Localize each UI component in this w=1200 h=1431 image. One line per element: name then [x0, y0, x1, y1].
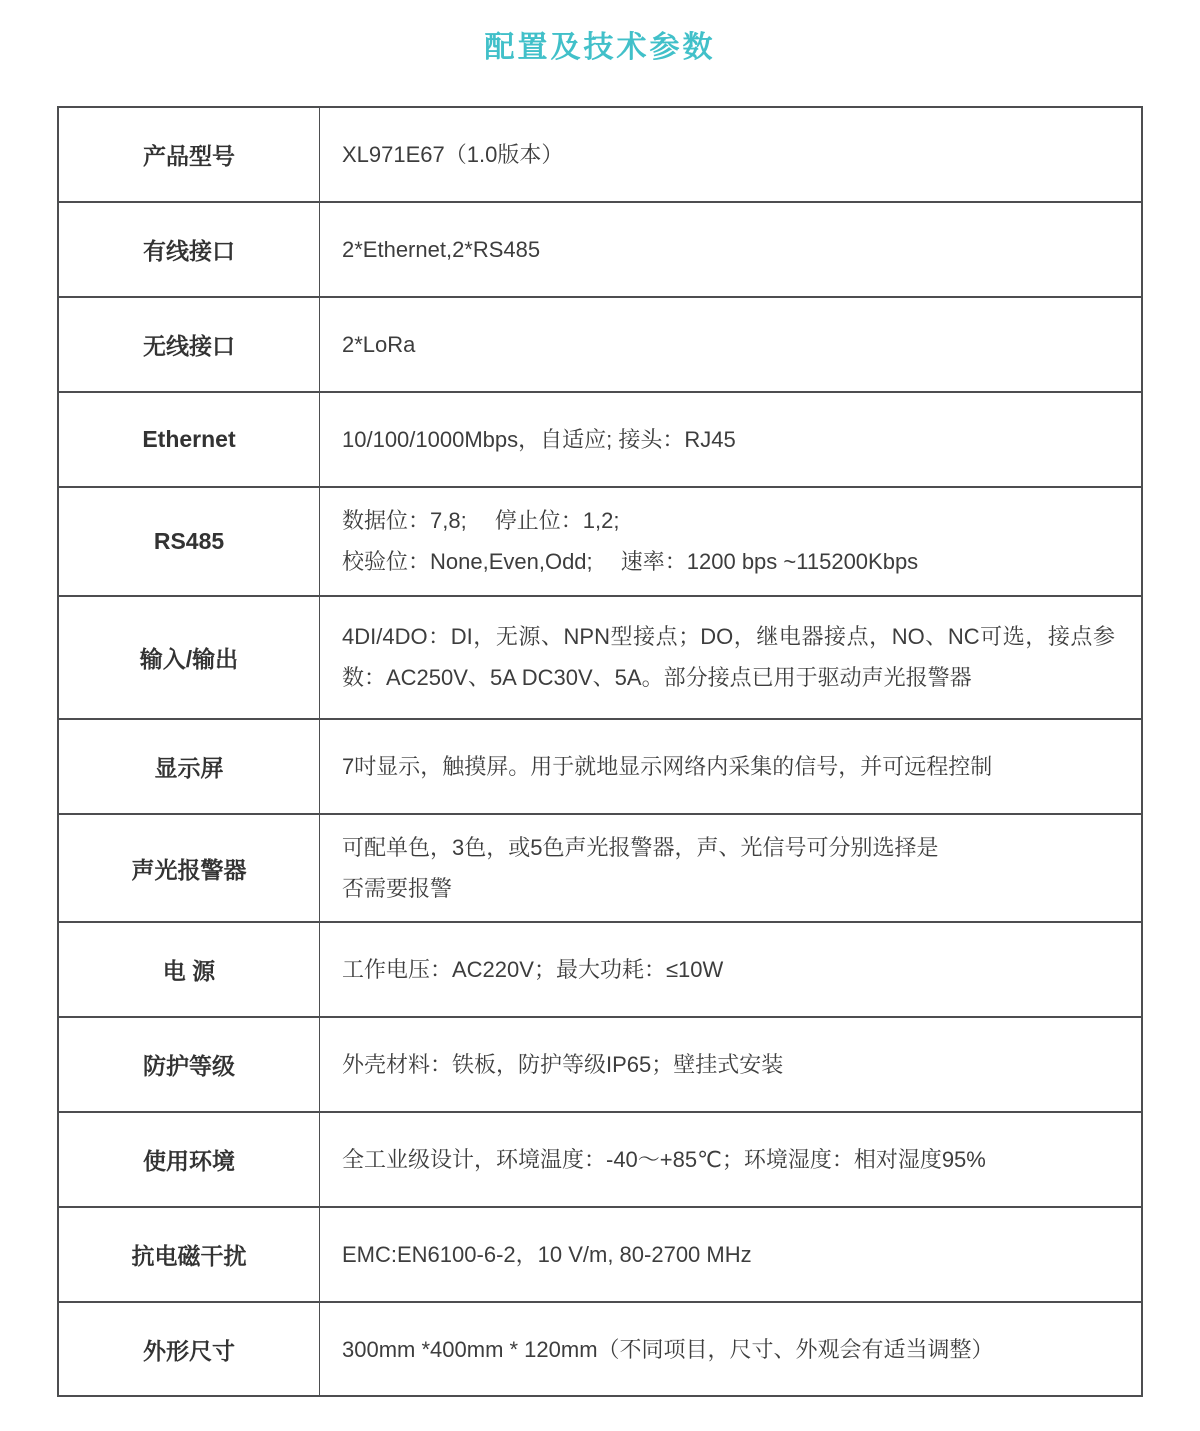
spec-label: 无线接口	[59, 298, 320, 391]
table-row-ethernet: Ethernet 10/100/1000Mbps，自适应; 接头：RJ45	[59, 393, 1141, 488]
spec-label: 防护等级	[59, 1018, 320, 1111]
table-row-sound-light-alarm: 声光报警器 可配单色，3色，或5色声光报警器，声、光信号可分别选择是 否需要报警	[59, 815, 1141, 924]
table-row-display: 显示屏 7吋显示，触摸屏。用于就地显示网络内采集的信号，并可远程控制	[59, 720, 1141, 815]
spec-value: XL971E67（1.0版本）	[320, 108, 1141, 201]
spec-value: 300mm *400mm * 120mm（不同项目，尺寸、外观会有适当调整）	[320, 1303, 1141, 1395]
spec-value-text: 可配单色，3色，或5色声光报警器，声、光信号可分别选择是 否需要报警	[342, 827, 1115, 910]
spec-value-text: 2*Ethernet,2*RS485	[342, 229, 1115, 270]
page-title: 配置及技术参数	[0, 0, 1200, 59]
table-row-operating-environment: 使用环境 全工业级设计，环境温度：-40～+85℃；环境湿度：相对湿度95%	[59, 1113, 1141, 1208]
spec-value-text: EMC:EN6100-6-2，10 V/m, 80-2700 MHz	[342, 1234, 1115, 1275]
table-row-dimensions: 外形尺寸 300mm *400mm * 120mm（不同项目，尺寸、外观会有适当…	[59, 1303, 1141, 1395]
spec-label: 输入/输出	[59, 597, 320, 718]
spec-label: RS485	[59, 488, 320, 595]
spec-value-text: 2*LoRa	[342, 324, 1115, 365]
spec-value-text: 300mm *400mm * 120mm（不同项目，尺寸、外观会有适当调整）	[342, 1329, 1115, 1370]
spec-value: 工作电压：AC220V；最大功耗：≤10W	[320, 923, 1141, 1016]
table-row-rs485: RS485 数据位：7,8; 停止位：1,2; 校验位：None,Even,Od…	[59, 488, 1141, 597]
spec-value: 7吋显示，触摸屏。用于就地显示网络内采集的信号，并可远程控制	[320, 720, 1141, 813]
spec-label: 有线接口	[59, 203, 320, 296]
spec-value: 4DI/4DO：DI，无源、NPN型接点；DO，继电器接点，NO、NC可选，接点…	[320, 597, 1141, 718]
table-row-power: 电 源 工作电压：AC220V；最大功耗：≤10W	[59, 923, 1141, 1018]
spec-label: 显示屏	[59, 720, 320, 813]
table-row-wired-interface: 有线接口 2*Ethernet,2*RS485	[59, 203, 1141, 298]
spec-label: Ethernet	[59, 393, 320, 486]
table-row-product-model: 产品型号 XL971E67（1.0版本）	[59, 108, 1141, 203]
spec-table: 产品型号 XL971E67（1.0版本） 有线接口 2*Ethernet,2*R…	[57, 106, 1143, 1397]
spec-value: 2*Ethernet,2*RS485	[320, 203, 1141, 296]
spec-value-text: 数据位：7,8; 停止位：1,2; 校验位：None,Even,Odd; 速率：…	[342, 500, 1115, 583]
spec-label: 外形尺寸	[59, 1303, 320, 1395]
spec-value-text: 4DI/4DO：DI，无源、NPN型接点；DO，继电器接点，NO、NC可选，接点…	[342, 616, 1115, 699]
spec-value: EMC:EN6100-6-2，10 V/m, 80-2700 MHz	[320, 1208, 1141, 1301]
spec-value-text: 工作电压：AC220V；最大功耗：≤10W	[342, 949, 1115, 990]
table-row-wireless-interface: 无线接口 2*LoRa	[59, 298, 1141, 393]
spec-value: 10/100/1000Mbps，自适应; 接头：RJ45	[320, 393, 1141, 486]
spec-value-text: XL971E67（1.0版本）	[342, 134, 1115, 175]
spec-value: 2*LoRa	[320, 298, 1141, 391]
spec-value-text: 7吋显示，触摸屏。用于就地显示网络内采集的信号，并可远程控制	[342, 746, 1115, 787]
spec-value-text: 外壳材料：铁板，防护等级IP65；壁挂式安装	[342, 1044, 1115, 1085]
table-row-protection-level: 防护等级 外壳材料：铁板，防护等级IP65；壁挂式安装	[59, 1018, 1141, 1113]
spec-label: 声光报警器	[59, 815, 320, 922]
spec-label: 使用环境	[59, 1113, 320, 1206]
spec-value-text: 10/100/1000Mbps，自适应; 接头：RJ45	[342, 419, 1115, 460]
spec-sheet-page: 配置及技术参数 产品型号 XL971E67（1.0版本） 有线接口 2*Ethe…	[0, 0, 1200, 1431]
spec-label: 抗电磁干扰	[59, 1208, 320, 1301]
spec-value: 可配单色，3色，或5色声光报警器，声、光信号可分别选择是 否需要报警	[320, 815, 1141, 922]
spec-label: 电 源	[59, 923, 320, 1016]
table-row-input-output: 输入/输出 4DI/4DO：DI，无源、NPN型接点；DO，继电器接点，NO、N…	[59, 597, 1141, 720]
spec-value: 外壳材料：铁板，防护等级IP65；壁挂式安装	[320, 1018, 1141, 1111]
spec-value-text: 全工业级设计，环境温度：-40～+85℃；环境湿度：相对湿度95%	[342, 1139, 1115, 1180]
spec-value: 数据位：7,8; 停止位：1,2; 校验位：None,Even,Odd; 速率：…	[320, 488, 1141, 595]
spec-label: 产品型号	[59, 108, 320, 201]
table-row-emc-immunity: 抗电磁干扰 EMC:EN6100-6-2，10 V/m, 80-2700 MHz	[59, 1208, 1141, 1303]
spec-value: 全工业级设计，环境温度：-40～+85℃；环境湿度：相对湿度95%	[320, 1113, 1141, 1206]
